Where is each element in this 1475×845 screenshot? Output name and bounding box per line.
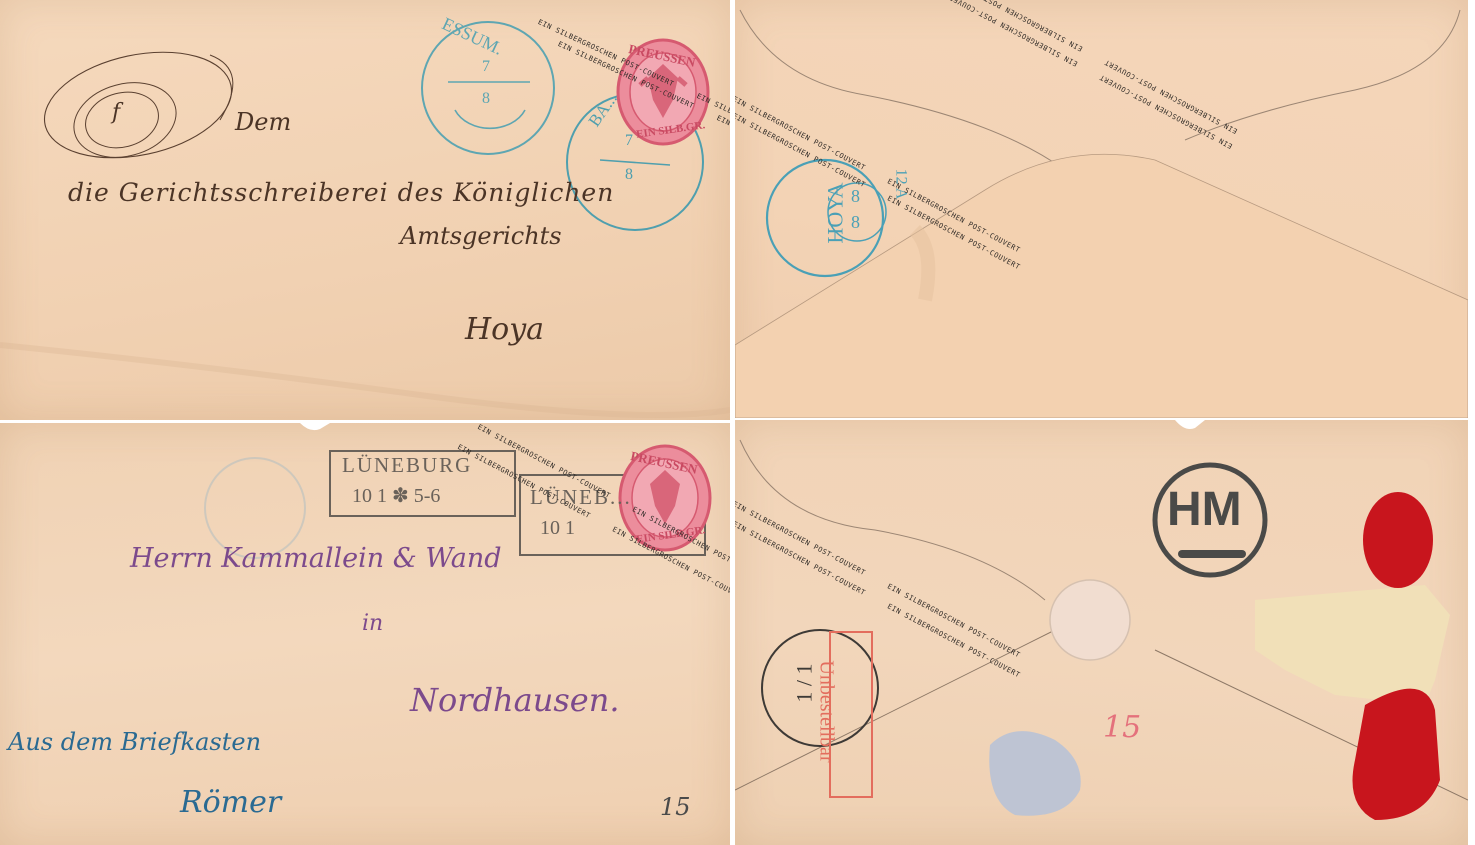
monogram-text: HM (1167, 482, 1242, 537)
address-line-2: in (362, 611, 383, 636)
envelope-back-unbestellbar: HM 1 / 1 Unbestellbar 15 EIN SILBERGROSC… (735, 420, 1468, 845)
unbestellbar-mark: Unbestellbar (815, 660, 838, 762)
cancel-day: 8 (851, 186, 860, 207)
cancel-day-1: 7 (482, 58, 490, 76)
address-line-1: Dem (235, 108, 291, 136)
circled-mark: f (112, 100, 120, 125)
postage-due-mark: 15 (1103, 710, 1141, 745)
box-cancel-town-1: LÜNEBURG (342, 453, 472, 478)
address-line-3: Nordhausen. (410, 681, 619, 719)
postage-due-mark: 15 (660, 793, 691, 821)
cancel-month: 8 (851, 212, 860, 233)
note-line-1: Aus dem Briefkasten (8, 728, 261, 756)
cancel-month-1: 8 (482, 90, 490, 108)
box-cancel-date-1: 10 1 ✽ 5-6 (352, 483, 440, 508)
address-line-1: Herrn Kammallein & Wand (130, 543, 502, 574)
cancel-month-2: 8 (625, 166, 633, 184)
address-line-4: Hoya (465, 312, 544, 347)
envelope-front-hoya: PREUSSEN EIN SILB.GR. ESSUM. 7 8 BA... 7… (0, 0, 730, 420)
note-line-2: Römer (180, 785, 281, 820)
address-line-3: Amtsgerichts (400, 222, 562, 250)
envelope-front-nordhausen: PREUSSEN EIN SILB.GR. LÜNEBURG 10 1 ✽ 5-… (0, 423, 730, 845)
cancel-day-2: 7 (625, 132, 633, 150)
cancel-town: HOYA (823, 182, 849, 243)
box-cancel-date-2: 10 1 (540, 517, 575, 540)
envelope-flaps-and-seals (735, 420, 1468, 845)
address-line-2: die Gerichtsschreiberei des Königlichen (68, 178, 614, 207)
envelope-back-hoya: HOYA 8 8 12 A EIN SILBERGROSCHEN POST-CO… (735, 0, 1468, 418)
